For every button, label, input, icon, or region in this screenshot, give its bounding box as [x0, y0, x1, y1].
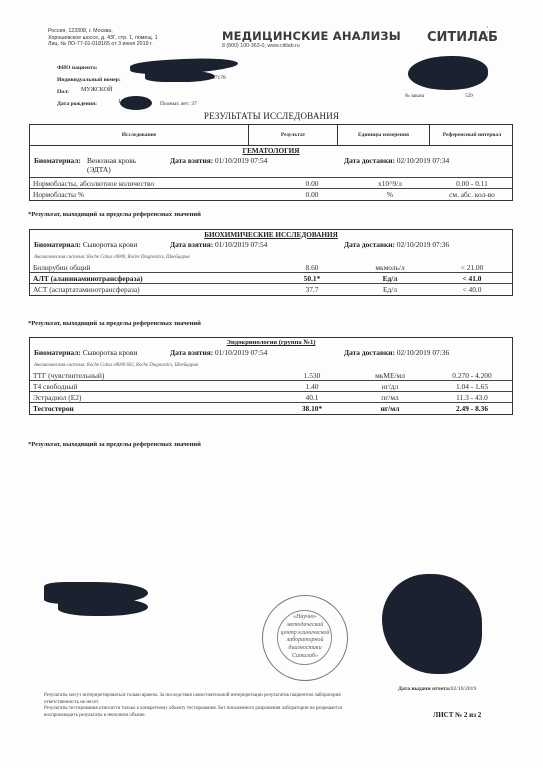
result-value: 37.7 — [290, 285, 334, 295]
reference-range: 2.49 - 8.36 — [430, 404, 514, 414]
taken-label: Дата взятия: — [170, 348, 213, 357]
logo-dots-icon: ··· — [486, 25, 489, 40]
reference-range: 11.3 - 43.0 — [430, 393, 514, 403]
taken-value: 01/10/2019 07:54 — [215, 240, 267, 249]
address-line: Хорошевское шоссе, д. 43Г, стр. 1, помещ… — [48, 35, 158, 42]
delivered-value: 02/10/2019 07:34 — [397, 156, 449, 165]
stamp-text: «Научно-методическийцентр клиническойлаб… — [263, 614, 347, 661]
reference-range: 0.00 - 0.11 — [430, 179, 514, 189]
stamp-line: Ситилаб» — [263, 653, 347, 661]
biochemistry-table: БИОХИМИЧЕСКИЕ ИССЛЕДОВАНИЯ Биоматериал: … — [29, 229, 513, 296]
result-row: Тестостерон38.10*нг/мл2.49 - 8.36 — [30, 403, 512, 414]
analyzer-system: Аналитическая система: Roche Cobas c8000… — [30, 253, 512, 262]
endocrinology-rows: ТТГ (чувствительный)1.530мкМЕ/мл0.270 - … — [30, 370, 512, 414]
report-title: РЕЗУЛЬТАТЫ ИССЛЕДОВАНИЯ — [0, 111, 543, 121]
test-name: Нормобласты, абсолютное количество — [33, 179, 154, 189]
reference-range: 1.04 - 1.65 — [430, 382, 514, 392]
result-value: 38.10* — [290, 404, 334, 414]
reference-range: см. абс. кол-во — [430, 190, 514, 200]
section-title: Эндокринология (группа №1) — [30, 338, 512, 348]
taken-label: Дата взятия: — [170, 156, 213, 165]
sex-value: МУЖСКОЙ — [81, 87, 112, 93]
issue-date-label: Дата выдачи отчета: — [398, 686, 451, 692]
test-name: Тестостерон — [33, 404, 74, 414]
test-name: ТТГ (чувствительный) — [33, 371, 104, 381]
result-units: пг/мл — [350, 393, 430, 403]
age-value: 37 — [191, 101, 197, 107]
result-row: АСТ (аспартатаминотрансфераза)37.7Ед/л< … — [30, 284, 512, 295]
test-name: Т4 свободный — [33, 382, 77, 392]
footnote: *Результат, выходящий за пределы референ… — [28, 320, 201, 327]
sex-label: Пол: — [57, 89, 69, 95]
hematology-rows: Нормобласты, абсолютное количество0.00x1… — [30, 177, 512, 200]
brand-contacts: 8 (800) 100-363-0, www.citilab.ru — [222, 43, 300, 49]
patient-name-label: ФИО пациента: — [57, 65, 98, 71]
address-line: Россия, 123308, г. Москва, — [48, 28, 158, 35]
test-name: Билирубин общий — [33, 263, 91, 273]
reference-range: < 21.00 — [430, 263, 514, 273]
col-test: Исследование — [30, 125, 249, 145]
stamp-line: «Научно- — [263, 614, 347, 622]
biomaterial-line: Биоматериал: Сыворотка крови Дата взятия… — [30, 348, 512, 361]
signature-redaction — [382, 574, 482, 674]
result-value: 40.1 — [290, 393, 334, 403]
result-units: % — [350, 190, 430, 200]
age-label: Полных лет: 37 — [160, 101, 197, 107]
signature-redaction — [58, 598, 148, 616]
order-label: № заказа — [405, 94, 424, 99]
biomaterial-line2: (ЭДТА) — [87, 165, 111, 174]
biomaterial-label: Биоматериал: — [34, 156, 81, 165]
dob-label: Дата рождения: — [57, 101, 97, 107]
issue-date-value: 02/10/2019 — [451, 686, 476, 692]
test-name: Нормобласты % — [33, 190, 84, 200]
license-line: Лиц. № ЛО-77-01-018165 от 3 июня 2019 г. — [48, 41, 158, 48]
result-value: 0.00 — [290, 179, 334, 189]
redaction-blot — [120, 96, 152, 110]
result-row: Эстрадиол (Е2)40.1пг/мл11.3 - 43.0 — [30, 392, 512, 403]
taken-value: 01/10/2019 07:54 — [215, 156, 267, 165]
test-name: АЛТ (аланинаминотрансфераза) — [33, 274, 143, 284]
table-header: Исследование Результат Единицы измерения… — [30, 125, 512, 146]
footnote: *Результат, выходящий за пределы референ… — [28, 211, 201, 218]
lab-stamp: «Научно-методическийцентр клиническойлаб… — [262, 595, 348, 681]
disclaimer-line: ответственность не несет. — [44, 700, 504, 707]
biomaterial-value: Сыворотка крови — [83, 240, 138, 249]
result-row: Нормобласты %0.00%см. абс. кол-во — [30, 189, 512, 200]
age-label-text: Полных лет: — [160, 101, 190, 107]
biomaterial-value: Венозная кровь(ЭДТА) — [87, 156, 136, 174]
hematology-table: Исследование Результат Единицы измерения… — [29, 124, 513, 201]
biomaterial-value: Сыворотка крови — [83, 348, 138, 357]
taken-value: 01/10/2019 07:54 — [215, 348, 267, 357]
endocrinology-table: Эндокринология (группа №1) Биоматериал: … — [29, 337, 513, 415]
col-reference: Референсный интервал — [430, 125, 514, 145]
biomaterial-line1: Венозная кровь — [87, 156, 136, 165]
stamp-line: диагностики — [263, 645, 347, 653]
sheet-number: ЛИСТ № 2 из 2 — [433, 711, 481, 719]
redaction-blot — [145, 70, 215, 82]
test-name: АСТ (аспартатаминотрансфераза) — [33, 285, 140, 295]
result-row: Т4 свободный1.40нг/дл1.04 - 1.65 — [30, 381, 512, 392]
result-value: 1.40 — [290, 382, 334, 392]
section-title: БИОХИМИЧЕСКИЕ ИССЛЕДОВАНИЯ — [30, 230, 512, 240]
biomaterial-line: Биоматериал: Сыворотка крови Дата взятия… — [30, 240, 512, 253]
redaction-blot — [408, 56, 488, 90]
result-units: мкмоль/л — [350, 263, 430, 273]
biomaterial-label: Биоматериал: — [34, 240, 81, 249]
reference-range: < 41.0 — [430, 274, 514, 284]
patient-id-label: Индивидуальный номер: — [57, 77, 121, 83]
col-units: Единицы измерения — [338, 125, 430, 145]
result-units: нг/дл — [350, 382, 430, 392]
reference-range: 0.270 - 4.200 — [430, 371, 514, 381]
result-row: Нормобласты, абсолютное количество0.00x1… — [30, 178, 512, 189]
result-units: x10^9/л — [350, 179, 430, 189]
footnote: *Результат, выходящий за пределы референ… — [28, 441, 201, 448]
delivered-value: 02/10/2019 07:36 — [397, 348, 449, 357]
issue-date: Дата выдачи отчета:02/10/2019 — [398, 686, 476, 692]
section-title: ГЕМАТОЛОГИЯ — [30, 146, 512, 156]
result-value: 8.60 — [290, 263, 334, 273]
result-row: АЛТ (аланинаминотрансфераза)50.1*Ед/л< 4… — [30, 273, 512, 284]
biomaterial-line: Биоматериал: Венозная кровь(ЭДТА) Дата в… — [30, 156, 512, 177]
lab-address: Россия, 123308, г. Москва, Хорошевское ш… — [48, 28, 158, 48]
stamp-line: методический — [263, 622, 347, 630]
test-name: Эстрадиол (Е2) — [33, 393, 81, 403]
result-units: Ед/л — [350, 285, 430, 295]
order-number: № заказа 529 — [405, 94, 473, 99]
result-units: мкМЕ/мл — [350, 371, 430, 381]
biochemistry-rows: Билирубин общий8.60мкмоль/л< 21.00АЛТ (а… — [30, 262, 512, 295]
reference-range: < 40.0 — [430, 285, 514, 295]
result-units: Ед/л — [350, 274, 430, 284]
col-result: Результат — [249, 125, 338, 145]
result-row: Билирубин общий8.60мкмоль/л< 21.00 — [30, 262, 512, 273]
disclaimer-line: Результаты могут интерпретироваться толь… — [44, 693, 504, 700]
delivered-label: Дата доставки: — [344, 156, 395, 165]
result-value: 50.1* — [290, 274, 334, 284]
order-value: 529 — [465, 94, 473, 99]
analyzer-system: Аналитическая система: Roche Cobas e8000… — [30, 361, 512, 370]
taken-label: Дата взятия: — [170, 240, 213, 249]
brand-title: МЕДИЦИНСКИЕ АНАЛИЗЫ — [222, 29, 401, 43]
result-value: 0.00 — [290, 190, 334, 200]
delivered-value: 02/10/2019 07:36 — [397, 240, 449, 249]
result-value: 1.530 — [290, 371, 334, 381]
result-row: ТТГ (чувствительный)1.530мкМЕ/мл0.270 - … — [30, 370, 512, 381]
delivered-label: Дата доставки: — [344, 240, 395, 249]
delivered-label: Дата доставки: — [344, 348, 395, 357]
biomaterial-label: Биоматериал: — [34, 348, 81, 357]
result-units: нг/мл — [350, 404, 430, 414]
